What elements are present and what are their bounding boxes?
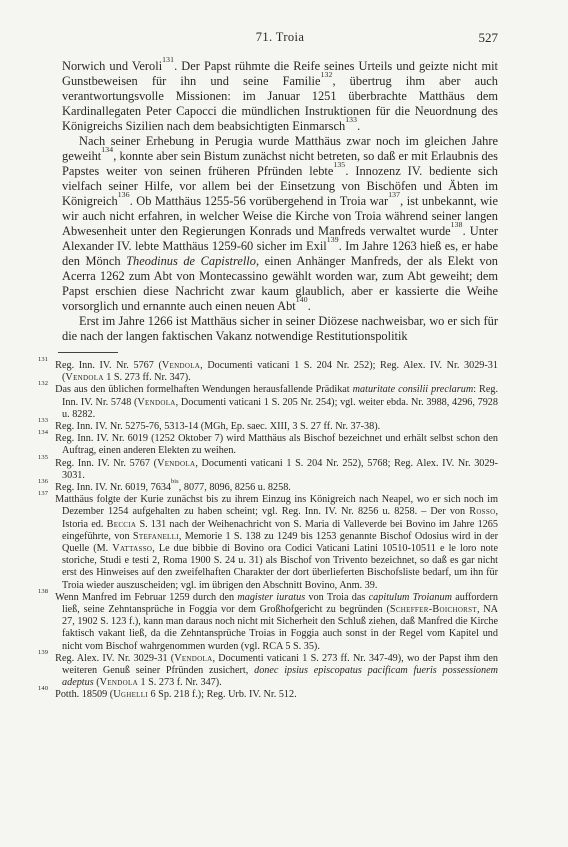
footnote-ref: 133 — [345, 115, 357, 124]
footnote: 133Reg. Inn. IV. Nr. 5275-76, 5313-14 (M… — [38, 421, 498, 433]
footnote-number: 140 — [38, 685, 48, 692]
italic-text: magister iuratus — [237, 592, 305, 603]
footnote-number: 134 — [38, 429, 48, 436]
smallcaps-name: Vendola — [137, 397, 175, 408]
footnote-ref: 136 — [118, 190, 130, 199]
page-header: 71. Troia 527 — [62, 30, 498, 48]
footnote: 137Matthäus folgte der Kurie zunächst bi… — [38, 494, 498, 592]
body-text: Norwich und Veroli131. Der Papst rühmte … — [62, 59, 498, 344]
paragraph: Nach seiner Erhebung in Perugia wurde Ma… — [62, 134, 498, 314]
smallcaps-name: Rosso — [469, 506, 495, 517]
footnote-number: 138 — [38, 588, 48, 595]
book-page: 71. Troia 527 Norwich und Veroli131. Der… — [0, 0, 568, 847]
footnote-ref: 138 — [451, 220, 463, 229]
footnote: 139Reg. Alex. IV. Nr. 3029-31 (Vendola, … — [38, 653, 498, 690]
paragraph: Erst im Jahre 1266 ist Matthäus sicher i… — [62, 314, 498, 344]
text-column: 71. Troia 527 Norwich und Veroli131. Der… — [62, 30, 498, 702]
footnote-ref: 135 — [333, 160, 345, 169]
footnote-number: 133 — [38, 417, 48, 424]
footnote: 135Reg. Inn. IV. Nr. 5767 (Vendola, Docu… — [38, 458, 498, 482]
footnote-ref: 132 — [320, 70, 332, 79]
footnote-ref: bis — [171, 478, 179, 485]
footnotes-section: 131Reg. Inn. IV. Nr. 5767 (Vendola, Docu… — [38, 360, 498, 702]
footnote-ref: 134 — [101, 145, 113, 154]
footnote: 131Reg. Inn. IV. Nr. 5767 (Vendola, Docu… — [38, 360, 498, 384]
smallcaps-name: Vendola — [157, 458, 195, 469]
footnote-number: 132 — [38, 380, 48, 387]
footnote-ref: 140 — [296, 295, 308, 304]
paragraph: Norwich und Veroli131. Der Papst rühmte … — [62, 59, 498, 134]
smallcaps-name: Vendola — [65, 372, 103, 383]
smallcaps-name: Scheffer-Boichorst — [390, 604, 477, 615]
footnote-number: 137 — [38, 490, 48, 497]
footnote-number: 139 — [38, 649, 48, 656]
smallcaps-name: Vendola — [174, 653, 212, 664]
footnote: 134Reg. Inn. IV. Nr. 6019 (1252 Oktober … — [38, 433, 498, 457]
smallcaps-name: Vendola — [100, 677, 138, 688]
footnote-number: 131 — [38, 356, 48, 363]
footnote-number: 135 — [38, 454, 48, 461]
footnote-number: 136 — [38, 478, 48, 485]
smallcaps-name: Vendola — [162, 360, 200, 371]
page-number: 527 — [479, 30, 499, 46]
footnote-ref: 137 — [388, 190, 400, 199]
italic-text: maturitate consilii preclarum — [353, 384, 474, 395]
footnote: 138Wenn Manfred im Februar 1259 durch de… — [38, 592, 498, 653]
smallcaps-name: Beccia — [107, 519, 137, 530]
italic-text: Theodinus de Capistrello — [126, 254, 256, 268]
footnote-ref: 139 — [327, 235, 339, 244]
italic-text: capitulum Troianum — [369, 592, 452, 603]
footnote-separator — [58, 352, 118, 353]
smallcaps-name: Stefanelli — [133, 531, 179, 542]
footnote-ref: 131 — [162, 55, 174, 64]
smallcaps-name: Ughelli — [113, 689, 148, 700]
smallcaps-name: Vattasso — [112, 543, 152, 554]
footnote: 136Reg. Inn. IV. Nr. 6019, 7634bis, 8077… — [38, 482, 498, 494]
footnote: 132Das aus den üblichen formelhaften Wen… — [38, 384, 498, 421]
running-title: 71. Troia — [62, 30, 498, 45]
footnote: 140Potth. 18509 (Ughelli 6 Sp. 218 f.); … — [38, 689, 498, 701]
